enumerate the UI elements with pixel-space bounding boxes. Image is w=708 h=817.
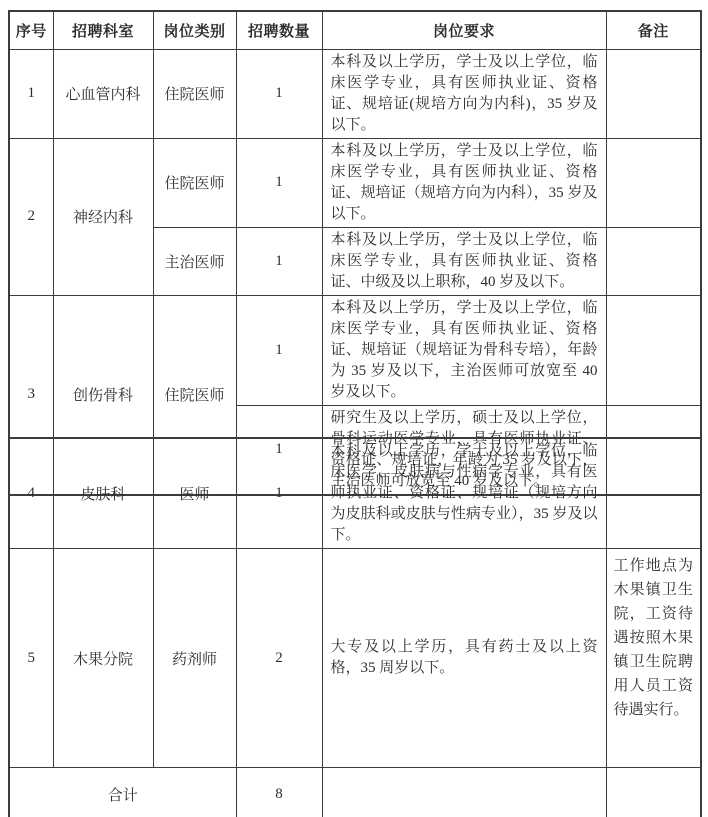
cell-seq: 1: [9, 49, 53, 138]
header-requirements: 岗位要求: [322, 11, 606, 49]
cell-requirements: 本科及以上学历，学士及以上学位，临床医学专业，具有医师执业证、资格证、规培证(规…: [322, 49, 606, 138]
cell-total-label: 合计: [9, 768, 236, 817]
cell-seq: 5: [9, 549, 53, 768]
cell-requirements: 本科及以上学历，学士及以上学位，临床医学专业，具有医师执业证、资格证、中级及以上…: [322, 227, 606, 295]
cell-category: 药剂师: [153, 549, 236, 768]
cell-category: 住院医师: [153, 138, 236, 227]
header-category: 岗位类别: [153, 11, 236, 49]
table-row-1: 1 心血管内科 住院医师 1 本科及以上学历，学士及以上学位，临床医学专业，具有…: [9, 49, 701, 138]
cell-remarks-empty: [606, 49, 701, 138]
cell-quantity: 2: [236, 549, 322, 768]
recruitment-table-1: 序号 招聘科室 岗位类别 招聘数量 岗位要求 备注 1 心血管内科 住院医师 1…: [8, 10, 702, 496]
cell-dept: 心血管内科: [53, 49, 153, 138]
header-remarks: 备注: [606, 11, 701, 49]
header-dept: 招聘科室: [53, 11, 153, 49]
cell-quantity: 1: [236, 49, 322, 138]
cell-requirements: 本科及以上学历，学士及以上学位，临床医学、皮肤病与性病学专业，具有医师执业证、资…: [322, 438, 606, 549]
cell-quantity: 1: [236, 295, 322, 405]
table-row-3a: 3 创伤骨科 住院医师 1 本科及以上学历，学士及以上学位，临床医学专业，具有医…: [9, 295, 701, 405]
cell-quantity: 1: [236, 438, 322, 549]
cell-remarks-empty: [606, 295, 701, 405]
cell-dept: 神经内科: [53, 138, 153, 295]
table-row-5: 5 木果分院 药剂师 2 大专及以上学历，具有药士及以上资格，35 周岁以下。 …: [9, 549, 701, 768]
recruitment-table-lower: 4 皮肤科 医师 1 本科及以上学历，学士及以上学位，临床医学、皮肤病与性病学专…: [8, 437, 702, 817]
cell-dept: 木果分院: [53, 549, 153, 768]
table-header-row: 序号 招聘科室 岗位类别 招聘数量 岗位要求 备注: [9, 11, 701, 49]
cell-category: 住院医师: [153, 49, 236, 138]
header-quantity: 招聘数量: [236, 11, 322, 49]
table-row-4: 4 皮肤科 医师 1 本科及以上学历，学士及以上学位，临床医学、皮肤病与性病学专…: [9, 438, 701, 549]
header-seq: 序号: [9, 11, 53, 49]
cell-quantity: 1: [236, 227, 322, 295]
table-row-total: 合计 8: [9, 768, 701, 817]
recruitment-table-2: 4 皮肤科 医师 1 本科及以上学历，学士及以上学位，临床医学、皮肤病与性病学专…: [8, 437, 702, 817]
recruitment-table-upper: 序号 招聘科室 岗位类别 招聘数量 岗位要求 备注 1 心血管内科 住院医师 1…: [8, 10, 702, 496]
cell-dept: 皮肤科: [53, 438, 153, 549]
cell-quantity: 1: [236, 138, 322, 227]
cell-remarks-empty: [606, 438, 701, 549]
cell-requirements: 本科及以上学历，学士及以上学位，临床医学专业，具有医师执业证、资格证、规培证（规…: [322, 295, 606, 405]
cell-category: 主治医师: [153, 227, 236, 295]
cell-category: 医师: [153, 438, 236, 549]
cell-requirements-empty: [322, 768, 606, 817]
cell-remarks-empty: [606, 768, 701, 817]
cell-requirements: 大专及以上学历，具有药士及以上资格，35 周岁以下。: [322, 549, 606, 768]
cell-total-value: 8: [236, 768, 322, 817]
cell-seq: 2: [9, 138, 53, 295]
cell-seq: 4: [9, 438, 53, 549]
cell-remarks: 工作地点为木果镇卫生院，工资待遇按照木果镇卫生院聘用人员工资待遇实行。: [606, 549, 701, 768]
cell-remarks-empty: [606, 227, 701, 295]
cell-remarks-empty: [606, 138, 701, 227]
cell-requirements: 本科及以上学历，学士及以上学位，临床医学专业，具有医师执业证、资格证、规培证（规…: [322, 138, 606, 227]
table-row-2a: 2 神经内科 住院医师 1 本科及以上学历，学士及以上学位，临床医学专业，具有医…: [9, 138, 701, 227]
